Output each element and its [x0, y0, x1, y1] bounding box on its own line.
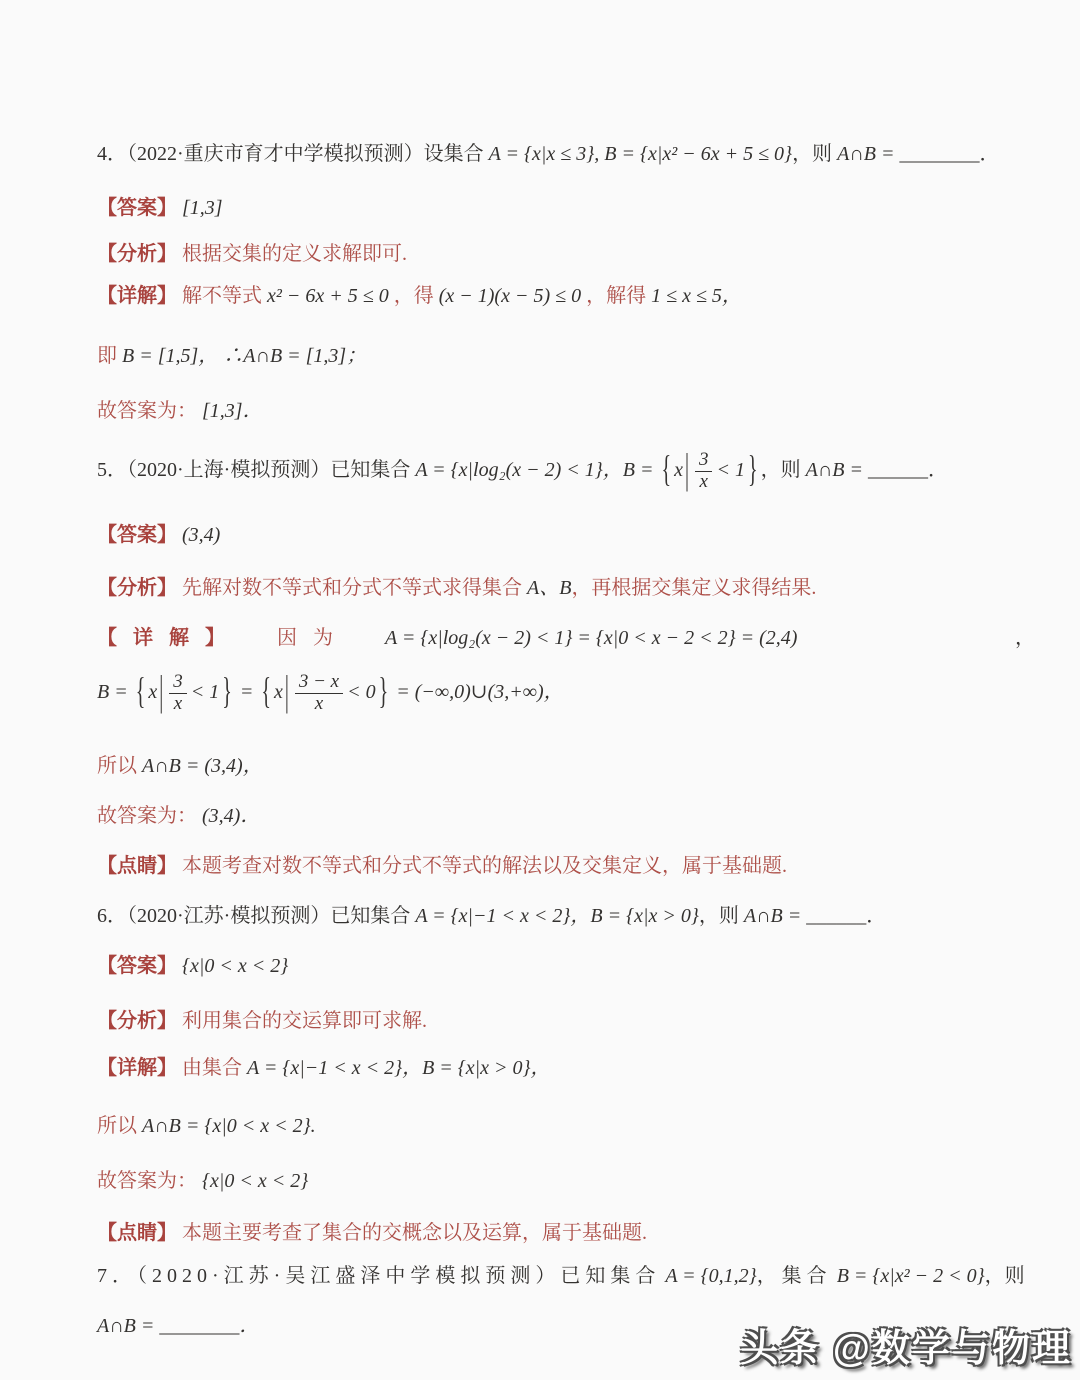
q4-title: 4．（2022·重庆市育才中学模拟预测）设集合 A = {x|x ≤ 3}, B… — [97, 138, 1035, 170]
q6-so-text: 所以 — [97, 1115, 137, 1137]
q5-intersection-expr: A∩B = — [806, 459, 863, 481]
answer-label: 【答案】 — [97, 524, 177, 546]
set-bar: | — [285, 658, 289, 725]
q6-comment-text: 本题主要考查了集合的交概念以及运算，属于基础题. — [182, 1222, 647, 1244]
q6-conclusion-math: {x|0 < x < 2} — [202, 1170, 308, 1192]
q5-detail-math-a: A = {x|log₂(x − 2) < 1} = {x|0 < x − 2 <… — [385, 622, 797, 654]
q4-detail-red-2: ，得 — [394, 285, 434, 307]
worksheet-page: 4．（2022·重庆市育才中学模拟预测）设集合 A = {x|x ≤ 3}, B… — [0, 0, 1080, 1380]
q6-then: ，则 — [699, 905, 739, 927]
q4-answer-value: [1,3] — [182, 197, 223, 219]
analysis-label: 【分析】 — [97, 577, 177, 599]
q4-detail-math-2: (x − 1)(x − 5) ≤ 0 — [439, 285, 581, 307]
q6-so-math: A∩B = {x|0 < x < 2}. — [142, 1115, 316, 1137]
q5-d2-equals: = — [240, 681, 254, 703]
q6-answer-value: {x|0 < x < 2} — [182, 955, 288, 977]
q4-analysis-line: 【分析】 根据交集的定义求解即可. — [97, 238, 1035, 270]
detail-label: 【详解】 — [97, 285, 177, 307]
open-brace: { — [661, 440, 671, 499]
q4-answer-line: 【答案】 [1,3] — [97, 192, 1035, 224]
answer-label: 【答案】 — [97, 955, 177, 977]
q5-d2-fraction-1: 3x — [169, 672, 187, 715]
q6-answer-line: 【答案】 {x|0 < x < 2} — [97, 950, 1035, 982]
open-brace: { — [261, 662, 271, 721]
fraction-denominator: x — [700, 472, 708, 493]
set-bar: | — [159, 658, 163, 725]
q5-because-text: 因为 — [277, 622, 349, 654]
q6-title: 6．（2020·江苏·模拟预测）已知集合 A = {x|−1 < x < 2}，… — [97, 900, 1035, 932]
q7-mid-text: ，集合 — [757, 1265, 832, 1287]
q5-analysis-line: 【分析】 先解对数不等式和分式不等式求得集合 A、B，再根据交集定义求得结果. — [97, 572, 1035, 604]
q5-analysis-red-1: 先解对数不等式和分式不等式求得集合 — [182, 577, 522, 599]
watermark-text: 头条 @数学与物理 — [740, 1317, 1072, 1372]
fraction-numerator: 3 − x — [295, 672, 343, 694]
q7-set-a: A = {0,1,2} — [665, 1265, 756, 1287]
q6-comment-line: 【点睛】 本题主要考查了集合的交概念以及运算，属于基础题. — [97, 1217, 1035, 1249]
q4-number-text: 4．（2022·重庆市育才中学模拟预测）设集合 — [97, 143, 484, 165]
q7-then: ，则 — [985, 1265, 1025, 1287]
q4-thus-math: B = [1,5]， ∴A∩B = [1,3]； — [122, 345, 366, 367]
q6-conclusion-text: 故答案为： — [97, 1170, 197, 1192]
q7-number-text: 7．（2020·江苏·吴江盛泽中学模拟预测）已知集合 — [97, 1265, 660, 1287]
q5-set-b-var: x — [674, 459, 683, 481]
q6-detail-red: 由集合 — [182, 1057, 242, 1079]
close-brace: } — [222, 662, 232, 721]
answer-label: 【答案】 — [97, 197, 177, 219]
fraction-numerator: 3 — [169, 672, 187, 694]
q6-analysis-text: 利用集合的交运算即可求解. — [182, 1010, 427, 1032]
q5-answer-value: (3,4) — [182, 524, 220, 546]
q5-so-text: 所以 — [97, 755, 137, 777]
q5-comment-text: 本题考查对数不等式和分式不等式的解法以及交集定义，属于基础题. — [182, 855, 787, 877]
q5-so-line: 所以 A∩B = (3,4)， — [97, 750, 1035, 782]
q5-blank: ______． — [868, 459, 948, 481]
q5-d2-var-1: x — [148, 681, 157, 703]
q5-conclusion-line: 故答案为： (3,4)． — [97, 800, 1035, 832]
q5-answer-line: 【答案】 (3,4) — [97, 519, 1035, 551]
q5-number-text: 5．（2020·上海·模拟预测）已知集合 — [97, 459, 410, 481]
q4-set-definitions: A = {x|x ≤ 3}, B = {x|x² − 6x + 5 ≤ 0} — [489, 143, 792, 165]
q5-conclusion-text: 故答案为： — [97, 805, 197, 827]
q4-then: ，则 — [792, 143, 832, 165]
q5-d2-var-2: x — [274, 681, 283, 703]
q6-blank: ______． — [806, 905, 886, 927]
q5-trailing-comma: ， — [1015, 622, 1035, 654]
q6-detail-math: A = {x|−1 < x < 2}，B = {x|x > 0}， — [247, 1057, 551, 1079]
fraction-numerator: 3 — [695, 450, 713, 472]
q5-set-a: A = {x|log₂(x − 2) < 1}，B = — [415, 459, 653, 481]
q4-detail-red-1: 解不等式 — [182, 285, 262, 307]
q6-conclusion-line: 故答案为： {x|0 < x < 2} — [97, 1165, 1035, 1197]
q4-detail-red-3: ，解得 — [586, 285, 646, 307]
q5-d2-cond-1: < 1 — [191, 681, 220, 703]
comment-label: 【点睛】 — [97, 855, 177, 877]
detail-label: 【详解】 — [97, 1057, 177, 1079]
q4-detail-line-2: 即 B = [1,5]， ∴A∩B = [1,3]； — [97, 340, 1035, 372]
q4-detail-math-1: x² − 6x + 5 ≤ 0 — [267, 285, 389, 307]
q6-set-definitions: A = {x|−1 < x < 2}，B = {x|x > 0} — [415, 905, 699, 927]
q4-conclusion-text: 故答案为： — [97, 400, 197, 422]
q5-detail-line-2: B = {x|3x< 1} = {x|3 − xx< 0} = (−∞,0)∪(… — [97, 672, 1035, 715]
q5-d2-cond-2: < 0 — [347, 681, 376, 703]
set-bar: | — [685, 436, 689, 503]
q4-intersection-expr: A∩B = — [837, 143, 894, 165]
close-brace: } — [748, 440, 758, 499]
q5-so-math: A∩B = (3,4)， — [142, 755, 263, 777]
q5-set-b-cond: < 1 — [716, 459, 745, 481]
q4-blank: ________． — [899, 143, 999, 165]
q4-thus-text: 即 — [97, 345, 117, 367]
q6-detail-line: 【详解】 由集合 A = {x|−1 < x < 2}，B = {x|x > 0… — [97, 1052, 1035, 1084]
q5-fraction: 3x — [695, 450, 713, 493]
q5-conclusion-math: (3,4)． — [202, 805, 260, 827]
detail-label: 【详解】 — [97, 622, 241, 654]
q4-conclusion-math: [1,3]． — [202, 400, 263, 422]
q7-set-b: B = {x|x² − 2 < 0} — [837, 1265, 985, 1287]
analysis-label: 【分析】 — [97, 243, 177, 265]
q4-conclusion-line: 故答案为： [1,3]． — [97, 395, 1035, 427]
q5-analysis-red-2: ，再根据交集定义求得结果. — [571, 577, 816, 599]
q5-detail-line-1: 【详解】 因为 A = {x|log₂(x − 2) < 1} = {x|0 <… — [97, 622, 1035, 654]
q6-so-line: 所以 A∩B = {x|0 < x < 2}. — [97, 1110, 1035, 1142]
q5-set-b-eq: B = — [97, 681, 128, 703]
q5-d2-result: = (−∞,0)∪(3,+∞)， — [396, 681, 563, 703]
q5-then: ，则 — [761, 459, 801, 481]
q7-intersection-blank: A∩B = ________． — [97, 1315, 259, 1337]
q7-title: 7．（2020·江苏·吴江盛泽中学模拟预测）已知集合 A = {0,1,2}，集… — [97, 1260, 1035, 1292]
q4-detail-math-3: 1 ≤ x ≤ 5， — [651, 285, 742, 307]
q5-title: 5．（2020·上海·模拟预测）已知集合 A = {x|log₂(x − 2) … — [97, 450, 1035, 493]
comment-label: 【点睛】 — [97, 1222, 177, 1244]
q5-analysis-sets: A、B — [527, 577, 571, 599]
q4-analysis-text: 根据交集的定义求解即可. — [182, 243, 407, 265]
q6-analysis-line: 【分析】 利用集合的交运算即可求解. — [97, 1005, 1035, 1037]
fraction-denominator: x — [174, 694, 182, 715]
q5-d2-fraction-2: 3 − xx — [295, 672, 343, 715]
q6-intersection-expr: A∩B = — [744, 905, 801, 927]
q6-number-text: 6．（2020·江苏·模拟预测）已知集合 — [97, 905, 410, 927]
fraction-denominator: x — [315, 694, 323, 715]
analysis-label: 【分析】 — [97, 1010, 177, 1032]
open-brace: { — [136, 662, 146, 721]
q4-detail-line: 【详解】 解不等式 x² − 6x + 5 ≤ 0 ，得 (x − 1)(x −… — [97, 280, 1035, 312]
q5-comment-line: 【点睛】 本题考查对数不等式和分式不等式的解法以及交集定义，属于基础题. — [97, 850, 1035, 882]
close-brace: } — [379, 662, 389, 721]
